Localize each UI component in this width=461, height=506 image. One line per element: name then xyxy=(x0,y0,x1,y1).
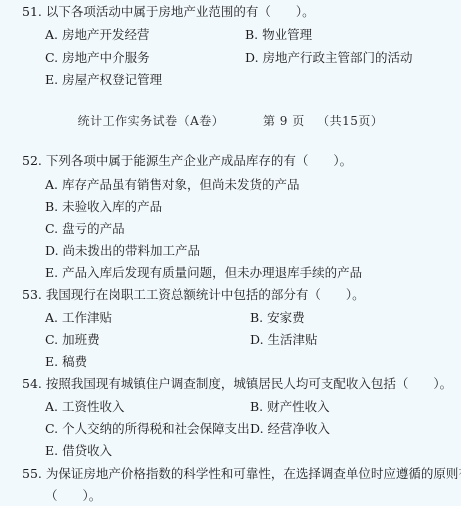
question-51-option-e: E. 房屋产权登记管理 xyxy=(45,72,162,88)
option-label: C. xyxy=(45,332,58,347)
option-text: 房屋产权登记管理 xyxy=(62,72,162,87)
question-53-stem: 53. 我国现行在岗职工工资总额统计中包括的部分有（ ）。 xyxy=(22,287,365,303)
option-text: 房地产行政主管部门的活动 xyxy=(263,50,413,65)
question-53-option-d: D. 生活津贴 xyxy=(250,332,318,348)
option-text: 加班费 xyxy=(62,332,100,347)
question-54-option-c: C. 个人交纳的所得税和社会保障支出 xyxy=(45,421,250,437)
question-51-option-b: B. 物业管理 xyxy=(245,27,312,43)
option-text: 房地产开发经营 xyxy=(62,27,150,42)
question-text: 以下各项活动中属于房地产业范围的有（ ）。 xyxy=(46,4,315,19)
exam-title: 统计工作实务试卷（A卷） xyxy=(78,114,225,128)
option-label: D. xyxy=(245,50,259,65)
question-52-option-a: A. 库存产品虽有销售对象，但尚未发货的产品 xyxy=(45,177,300,193)
question-51-option-c: C. 房地产中介服务 xyxy=(45,50,150,66)
question-text: 我国现行在岗职工工资总额统计中包括的部分有（ ）。 xyxy=(46,287,365,302)
question-number: 53. xyxy=(22,287,42,302)
question-55-stem-continuation: （ ）。 xyxy=(45,488,101,504)
option-label: A. xyxy=(45,177,58,192)
option-text: 盘亏的产品 xyxy=(62,221,125,236)
option-text: 个人交纳的所得税和社会保障支出 xyxy=(62,421,250,436)
option-text: 工资性收入 xyxy=(62,399,125,414)
page-total: （共15页） xyxy=(317,114,383,128)
option-text: 工作津贴 xyxy=(62,310,112,325)
option-text: 借贷收入 xyxy=(62,443,112,458)
option-label: B. xyxy=(250,310,263,325)
question-54-option-e: E. 借贷收入 xyxy=(45,443,112,459)
option-text: 生活津贴 xyxy=(268,332,318,347)
question-text: 按照我国现有城镇住户调查制度，城镇居民人均可支配收入包括（ ）。 xyxy=(46,376,452,391)
question-53-option-e: E. 稿费 xyxy=(45,354,87,370)
question-53-option-a: A. 工作津贴 xyxy=(45,310,112,326)
option-label: E. xyxy=(45,72,58,87)
question-number: 55. xyxy=(22,466,42,481)
option-text: 未验收入库的产品 xyxy=(62,199,162,214)
question-52-option-c: C. 盘亏的产品 xyxy=(45,221,125,237)
option-label: A. xyxy=(45,399,58,414)
question-52-option-d: D. 尚未拨出的带料加工产品 xyxy=(45,243,200,259)
question-53-option-c: C. 加班费 xyxy=(45,332,100,348)
question-51-option-d: D. 房地产行政主管部门的活动 xyxy=(245,50,413,66)
question-52-option-b: B. 未验收入库的产品 xyxy=(45,199,162,215)
option-label: A. xyxy=(45,27,58,42)
option-label: B. xyxy=(245,27,258,42)
question-51-option-a: A. 房地产开发经营 xyxy=(45,27,150,43)
option-label: E. xyxy=(45,265,58,280)
option-text: 经营净收入 xyxy=(268,421,331,436)
option-text: 稿费 xyxy=(62,354,87,369)
question-text-continued: （ ）。 xyxy=(45,488,101,503)
question-number: 54. xyxy=(22,376,42,391)
question-52-option-e: E. 产品入库后发现有质量问题，但未办理退库手续的产品 xyxy=(45,265,362,281)
option-text: 尚未拨出的带料加工产品 xyxy=(63,243,201,258)
question-54-stem: 54. 按照我国现有城镇住户调查制度，城镇居民人均可支配收入包括（ ）。 xyxy=(22,376,452,392)
question-54-option-a: A. 工资性收入 xyxy=(45,399,125,415)
question-53-option-b: B. 安家费 xyxy=(250,310,305,326)
question-text: 为保证房地产价格指数的科学性和可靠性，在选择调查单位时应遵循的原则有 xyxy=(46,466,461,481)
option-label: C. xyxy=(45,421,58,436)
option-label: C. xyxy=(45,50,58,65)
page-number: 第 9 页 xyxy=(263,114,305,128)
question-number: 51. xyxy=(22,4,42,19)
question-text: 下列各项中属于能源生产企业产成品库存的有（ ）。 xyxy=(46,153,352,168)
option-label: B. xyxy=(45,199,58,214)
option-label: D. xyxy=(250,332,264,347)
question-51-stem: 51. 以下各项活动中属于房地产业范围的有（ ）。 xyxy=(22,4,315,20)
option-label: C. xyxy=(45,221,58,236)
option-text: 库存产品虽有销售对象，但尚未发货的产品 xyxy=(62,177,300,192)
option-text: 产品入库后发现有质量问题，但未办理退库手续的产品 xyxy=(62,265,362,280)
option-label: E. xyxy=(45,354,58,369)
option-text: 安家费 xyxy=(267,310,305,325)
question-52-stem: 52. 下列各项中属于能源生产企业产成品库存的有（ ）。 xyxy=(22,153,352,169)
option-label: B. xyxy=(250,399,263,414)
option-text: 财产性收入 xyxy=(267,399,330,414)
question-54-option-d: D. 经营净收入 xyxy=(250,421,330,437)
option-label: A. xyxy=(45,310,58,325)
option-label: D. xyxy=(45,243,59,258)
option-text: 房地产中介服务 xyxy=(62,50,150,65)
option-text: 物业管理 xyxy=(262,27,312,42)
question-number: 52. xyxy=(22,153,42,168)
page-footer: 统计工作实务试卷（A卷） 第 9 页 （共15页） xyxy=(0,112,461,129)
option-label: E. xyxy=(45,443,58,458)
option-label: D. xyxy=(250,421,264,436)
question-54-option-b: B. 财产性收入 xyxy=(250,399,330,415)
question-55-stem: 55. 为保证房地产价格指数的科学性和可靠性，在选择调查单位时应遵循的原则有 xyxy=(22,466,461,482)
